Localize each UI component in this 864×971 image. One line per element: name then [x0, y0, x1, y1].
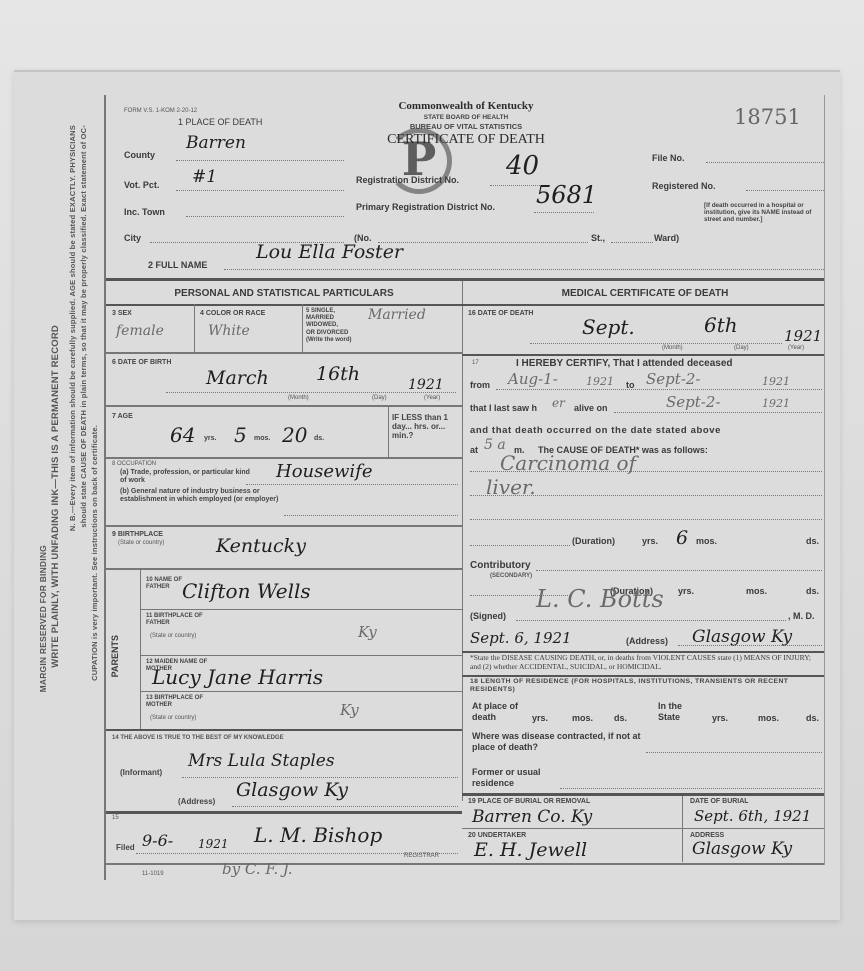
- city-label: City: [124, 233, 141, 243]
- dod-year: 1921: [784, 327, 822, 345]
- burial-row-divider: [462, 828, 824, 829]
- medical-section-title: MEDICAL CERTIFICATE OF DEATH: [466, 288, 824, 299]
- duration-mos-label: mos.: [696, 536, 717, 546]
- marital-label-widowed: WIDOWED,: [306, 322, 352, 329]
- personal-section-title: PERSONAL AND STATISTICAL PARTICULARS: [106, 288, 462, 299]
- signed-line: [516, 620, 786, 621]
- marital-label: 5 SINGLE, MARRIED WIDOWED, OR DIVORCED (…: [306, 308, 352, 344]
- vot-pct-label: Vot. Pct.: [124, 180, 159, 190]
- birthplace-divider: [106, 568, 462, 570]
- occupation-divider: [106, 525, 462, 527]
- from-value: Aug-1-: [508, 370, 558, 388]
- age-months: 5: [234, 423, 247, 447]
- from-year: 1921: [586, 375, 614, 388]
- dod-month-caption: (Month): [662, 345, 683, 351]
- margin-instructions-1: N. B.—Every item of information should b…: [68, 125, 77, 531]
- occupation-a-value: Housewife: [276, 461, 373, 482]
- dod-divider: [462, 354, 824, 356]
- contracted-line: [646, 752, 822, 753]
- marital-label-write: (Write the word): [306, 337, 352, 344]
- at-place-mos: mos.: [572, 713, 593, 723]
- father-name-divider: [140, 609, 462, 610]
- md-label: , M. D.: [788, 611, 815, 621]
- occupation-label: 8 OCCUPATION: [112, 461, 156, 467]
- filed-label: Filed: [116, 843, 135, 852]
- registration-district-value: 40: [506, 151, 539, 181]
- informant-value: Mrs Lula Staples: [188, 751, 335, 771]
- column-divider: [462, 281, 463, 801]
- filed-year: 1921: [198, 837, 229, 851]
- form-code: FORM V.S. 1-KOM 2-20-12: [124, 108, 197, 114]
- vot-pct-value: #1: [192, 167, 217, 187]
- dod-month: Sept.: [582, 315, 635, 339]
- age-years: 64: [170, 423, 195, 447]
- race-divider: [302, 304, 303, 352]
- informant-label: (Informant): [120, 768, 162, 777]
- marital-label-divorced: OR DIVORCED: [306, 330, 352, 337]
- residence-label: 18 LENGTH OF RESIDENCE (FOR HOSPITALS, I…: [470, 678, 822, 694]
- residence-divider: [462, 793, 824, 796]
- dob-year: 1921: [408, 377, 444, 393]
- county-line: [176, 160, 344, 161]
- last-saw-value: Sept-2-: [666, 393, 720, 411]
- physician-signature: L. C. Botts: [536, 585, 664, 613]
- duration-months: 6: [676, 527, 688, 549]
- age-ds-label: ds.: [314, 435, 324, 443]
- informant-address-value: Glasgow Ky: [236, 779, 348, 801]
- burial-date-value: Sept. 6th, 1921: [694, 807, 811, 825]
- dob-year-caption: (Year): [424, 395, 440, 401]
- signed-label: (Signed): [470, 611, 506, 621]
- parents-divider: [106, 729, 462, 731]
- margin-write-plainly: WRITE PLAINLY, WITH UNFADING INK—THIS IS…: [50, 325, 61, 668]
- in-state-ds: ds.: [806, 713, 819, 723]
- less-than-day-label: IF LESS than 1 day... hrs. or... min.?: [392, 413, 460, 441]
- duration-label: (Duration): [572, 536, 615, 546]
- street-line: [378, 242, 588, 243]
- st-label: St.,: [591, 233, 605, 243]
- attest-label: 14 THE ABOVE IS TRUE TO THE BEST OF MY K…: [112, 735, 284, 741]
- former-residence-line: [560, 788, 822, 789]
- dob-day: 16th: [316, 363, 360, 385]
- father-birthplace-divider: [140, 655, 462, 656]
- to-label: to: [626, 380, 635, 390]
- footer-code: 11-1019: [142, 871, 164, 877]
- right-border: [824, 95, 825, 865]
- in-state-yrs: yrs.: [712, 713, 728, 723]
- full-name-line: [224, 269, 824, 270]
- informant-address-line: [232, 806, 458, 807]
- last-saw-label: that I last saw h: [470, 403, 537, 413]
- parents-side-label: PARENTS: [110, 635, 120, 677]
- margin-instructions-2: should state CAUSE OF DEATH in plain ter…: [79, 125, 88, 528]
- registration-district-label: Registration District No.: [356, 175, 459, 185]
- parents-side-divider: [140, 570, 141, 730]
- dob-line: [166, 392, 456, 393]
- occurred-text: and that death occurred on the date stat…: [470, 425, 721, 436]
- registrar-label: REGISTRAR: [404, 853, 439, 859]
- informant-divider: [106, 811, 462, 814]
- personal-title-divider: [106, 304, 462, 306]
- dob-month: March: [206, 367, 269, 389]
- marital-value: Married: [368, 307, 426, 323]
- duration-yrs-label: yrs.: [642, 536, 658, 546]
- full-name-value: Lou Ella Foster: [256, 241, 403, 263]
- marital-divider: [106, 352, 462, 354]
- race-label: 4 COLOR OR RACE: [200, 310, 265, 318]
- mother-name-value: Lucy Jane Harris: [152, 665, 323, 689]
- occupation-a-line: [246, 484, 458, 485]
- mother-birthplace-label: 13 BIRTHPLACE OF MOTHER: [146, 695, 226, 709]
- dob-month-caption: (Month): [288, 395, 309, 401]
- age-row-divider: [106, 457, 462, 459]
- burial-place-value: Barren Co. Ky: [472, 807, 592, 827]
- age-label: 7 AGE: [112, 413, 133, 421]
- deputy-mark: by C. F. J.: [222, 860, 293, 878]
- birthplace-label: 9 BIRTHPLACE: [112, 531, 163, 539]
- contributory-line: [536, 570, 822, 571]
- margin-instructions: MARGIN RESERVED FOR BINDING WRITE PLAINL…: [36, 125, 106, 865]
- duration2-mos-label: mos.: [746, 586, 767, 596]
- from-label: from: [470, 380, 490, 390]
- hospital-note: [If death occurred in a hospital or inst…: [704, 202, 826, 224]
- physician-address: Glasgow Ky: [692, 627, 792, 647]
- to-value: Sept-2-: [646, 370, 700, 388]
- former-residence-label: Former or usual residence: [472, 767, 572, 790]
- dob-label: 6 DATE OF BIRTH: [112, 359, 171, 367]
- margin-reserved-text: MARGIN RESERVED FOR BINDING: [38, 545, 48, 692]
- sex-label: 3 SEX: [112, 310, 132, 318]
- death-certificate-form: FORM V.S. 1-KOM 2-20-12 Commonwealth of …: [104, 95, 836, 880]
- secondary-label: (SECONDARY): [490, 573, 532, 579]
- vot-pct-line: [176, 190, 344, 191]
- header-divider: [106, 278, 824, 281]
- dob-divider: [106, 405, 462, 407]
- dod-day-caption: (Day): [734, 345, 749, 351]
- full-name-label: 2 FULL NAME: [148, 260, 207, 270]
- father-birthplace-label: 11 BIRTHPLACE OF FATHER: [146, 613, 226, 627]
- county-label: County: [124, 150, 155, 160]
- father-birthplace-sub: (State or country): [150, 633, 196, 639]
- burial-divider: [682, 796, 683, 862]
- age-mos-label: mos.: [254, 435, 270, 443]
- cause-value-2: liver.: [486, 475, 536, 499]
- informant-address-label: (Address): [178, 797, 215, 806]
- primary-registration-value: 5681: [536, 181, 597, 209]
- father-birthplace-value: Ky: [358, 623, 377, 641]
- dod-line: [530, 343, 782, 344]
- dod-day: 6th: [704, 313, 738, 337]
- burial-place-label: 19 PLACE OF BURIAL OR REMOVAL: [468, 798, 590, 806]
- age-days: 20: [282, 423, 307, 447]
- bottom-rule: [106, 863, 824, 865]
- file-number-stamp: 18751: [734, 105, 801, 129]
- mother-birthplace-sub: (State or country): [150, 715, 196, 721]
- duration-ds-label: ds.: [806, 536, 819, 546]
- birthplace-value: Kentucky: [216, 535, 306, 557]
- medical-title-divider: [462, 304, 824, 306]
- inc-town-label: Inc. Town: [124, 207, 165, 217]
- certify-number: 17: [472, 360, 479, 366]
- occupation-a-label: (a) Trade, profession, or particular kin…: [120, 469, 250, 485]
- sex-value: female: [116, 323, 164, 339]
- father-name-value: Clifton Wells: [182, 579, 311, 603]
- primary-registration-label: Primary Registration District No.: [356, 202, 495, 212]
- in-state-label: In the State: [658, 701, 704, 723]
- primary-registration-line: [534, 212, 594, 213]
- county-value: Barren: [186, 133, 246, 153]
- occupation-b-line: [284, 515, 458, 516]
- from-line: [496, 389, 822, 390]
- cause-value-1: Carcinoma of: [500, 451, 636, 475]
- board-title: STATE BOARD OF HEALTH: [376, 114, 556, 121]
- inc-town-line: [186, 216, 344, 217]
- race-value: White: [208, 323, 250, 339]
- place-of-death-label: 1 PLACE OF DEATH: [178, 117, 262, 127]
- dob-day-caption: (Day): [372, 395, 387, 401]
- file-no-line: [706, 162, 824, 163]
- registered-no-label: Registered No.: [652, 181, 716, 191]
- cause-footnote: *State the DISEASE CAUSING DEATH, or, in…: [470, 653, 822, 672]
- physician-address-label: (Address): [626, 636, 668, 646]
- to-year: 1921: [762, 375, 790, 388]
- sex-divider: [194, 304, 195, 352]
- contracted-label: Where was disease contracted, if not at …: [472, 731, 642, 754]
- at-place-label: At place of death: [472, 701, 532, 723]
- cause-line-3: [470, 519, 822, 520]
- duration2-yrs-label: yrs.: [678, 586, 694, 596]
- contributory-label: Contributory: [470, 560, 531, 571]
- file-no-label: File No.: [652, 153, 685, 163]
- bureau-title: BUREAU OF VITAL STATISTICS: [376, 123, 556, 132]
- dod-label: 16 DATE OF DEATH: [468, 310, 533, 318]
- marital-label-single: 5 SINGLE,: [306, 308, 352, 315]
- commonwealth-title: Commonwealth of Kentucky: [376, 100, 556, 112]
- age-yrs-label: yrs.: [204, 435, 216, 443]
- dod-year-caption: (Year): [788, 345, 804, 351]
- informant-line: [182, 777, 458, 778]
- marital-label-married: MARRIED: [306, 315, 352, 322]
- filed-date: 9-6-: [142, 831, 173, 850]
- last-saw-year: 1921: [762, 397, 790, 410]
- in-state-mos: mos.: [758, 713, 779, 723]
- occupation-b-label: (b) General nature of industry business …: [120, 488, 286, 504]
- duration-lead-line: [470, 545, 570, 546]
- undertaker-address-value: Glasgow Ky: [692, 839, 792, 859]
- certify-text: I HEREBY CERTIFY, That I attended deceas…: [516, 358, 733, 369]
- ward-label: Ward): [654, 233, 679, 243]
- last-saw-line: [614, 412, 822, 413]
- alive-on-label: alive on: [574, 403, 608, 413]
- at-place-yrs: yrs.: [532, 713, 548, 723]
- registered-no-line: [746, 190, 824, 191]
- ward-line: [611, 242, 653, 243]
- mother-name-divider: [140, 691, 462, 692]
- burial-date-label: DATE OF BURIAL: [690, 798, 749, 806]
- at-label: at: [470, 445, 478, 455]
- mother-birthplace-value: Ky: [340, 701, 359, 719]
- registrar-signature: L. M. Bishop: [254, 823, 382, 847]
- duration2-ds-label: ds.: [806, 586, 819, 596]
- last-saw-pronoun: er: [552, 396, 565, 410]
- signed-date: Sept. 6, 1921: [470, 629, 572, 647]
- at-place-ds: ds.: [614, 713, 627, 723]
- birthplace-sub: (State or country): [118, 540, 164, 546]
- filing-number: 15: [112, 815, 119, 821]
- undertaker-value: E. H. Jewell: [474, 839, 587, 861]
- footnote-divider: [462, 675, 824, 677]
- margin-instructions-3: CUPATION is very important. See instruct…: [90, 425, 99, 681]
- age-divider: [388, 407, 389, 457]
